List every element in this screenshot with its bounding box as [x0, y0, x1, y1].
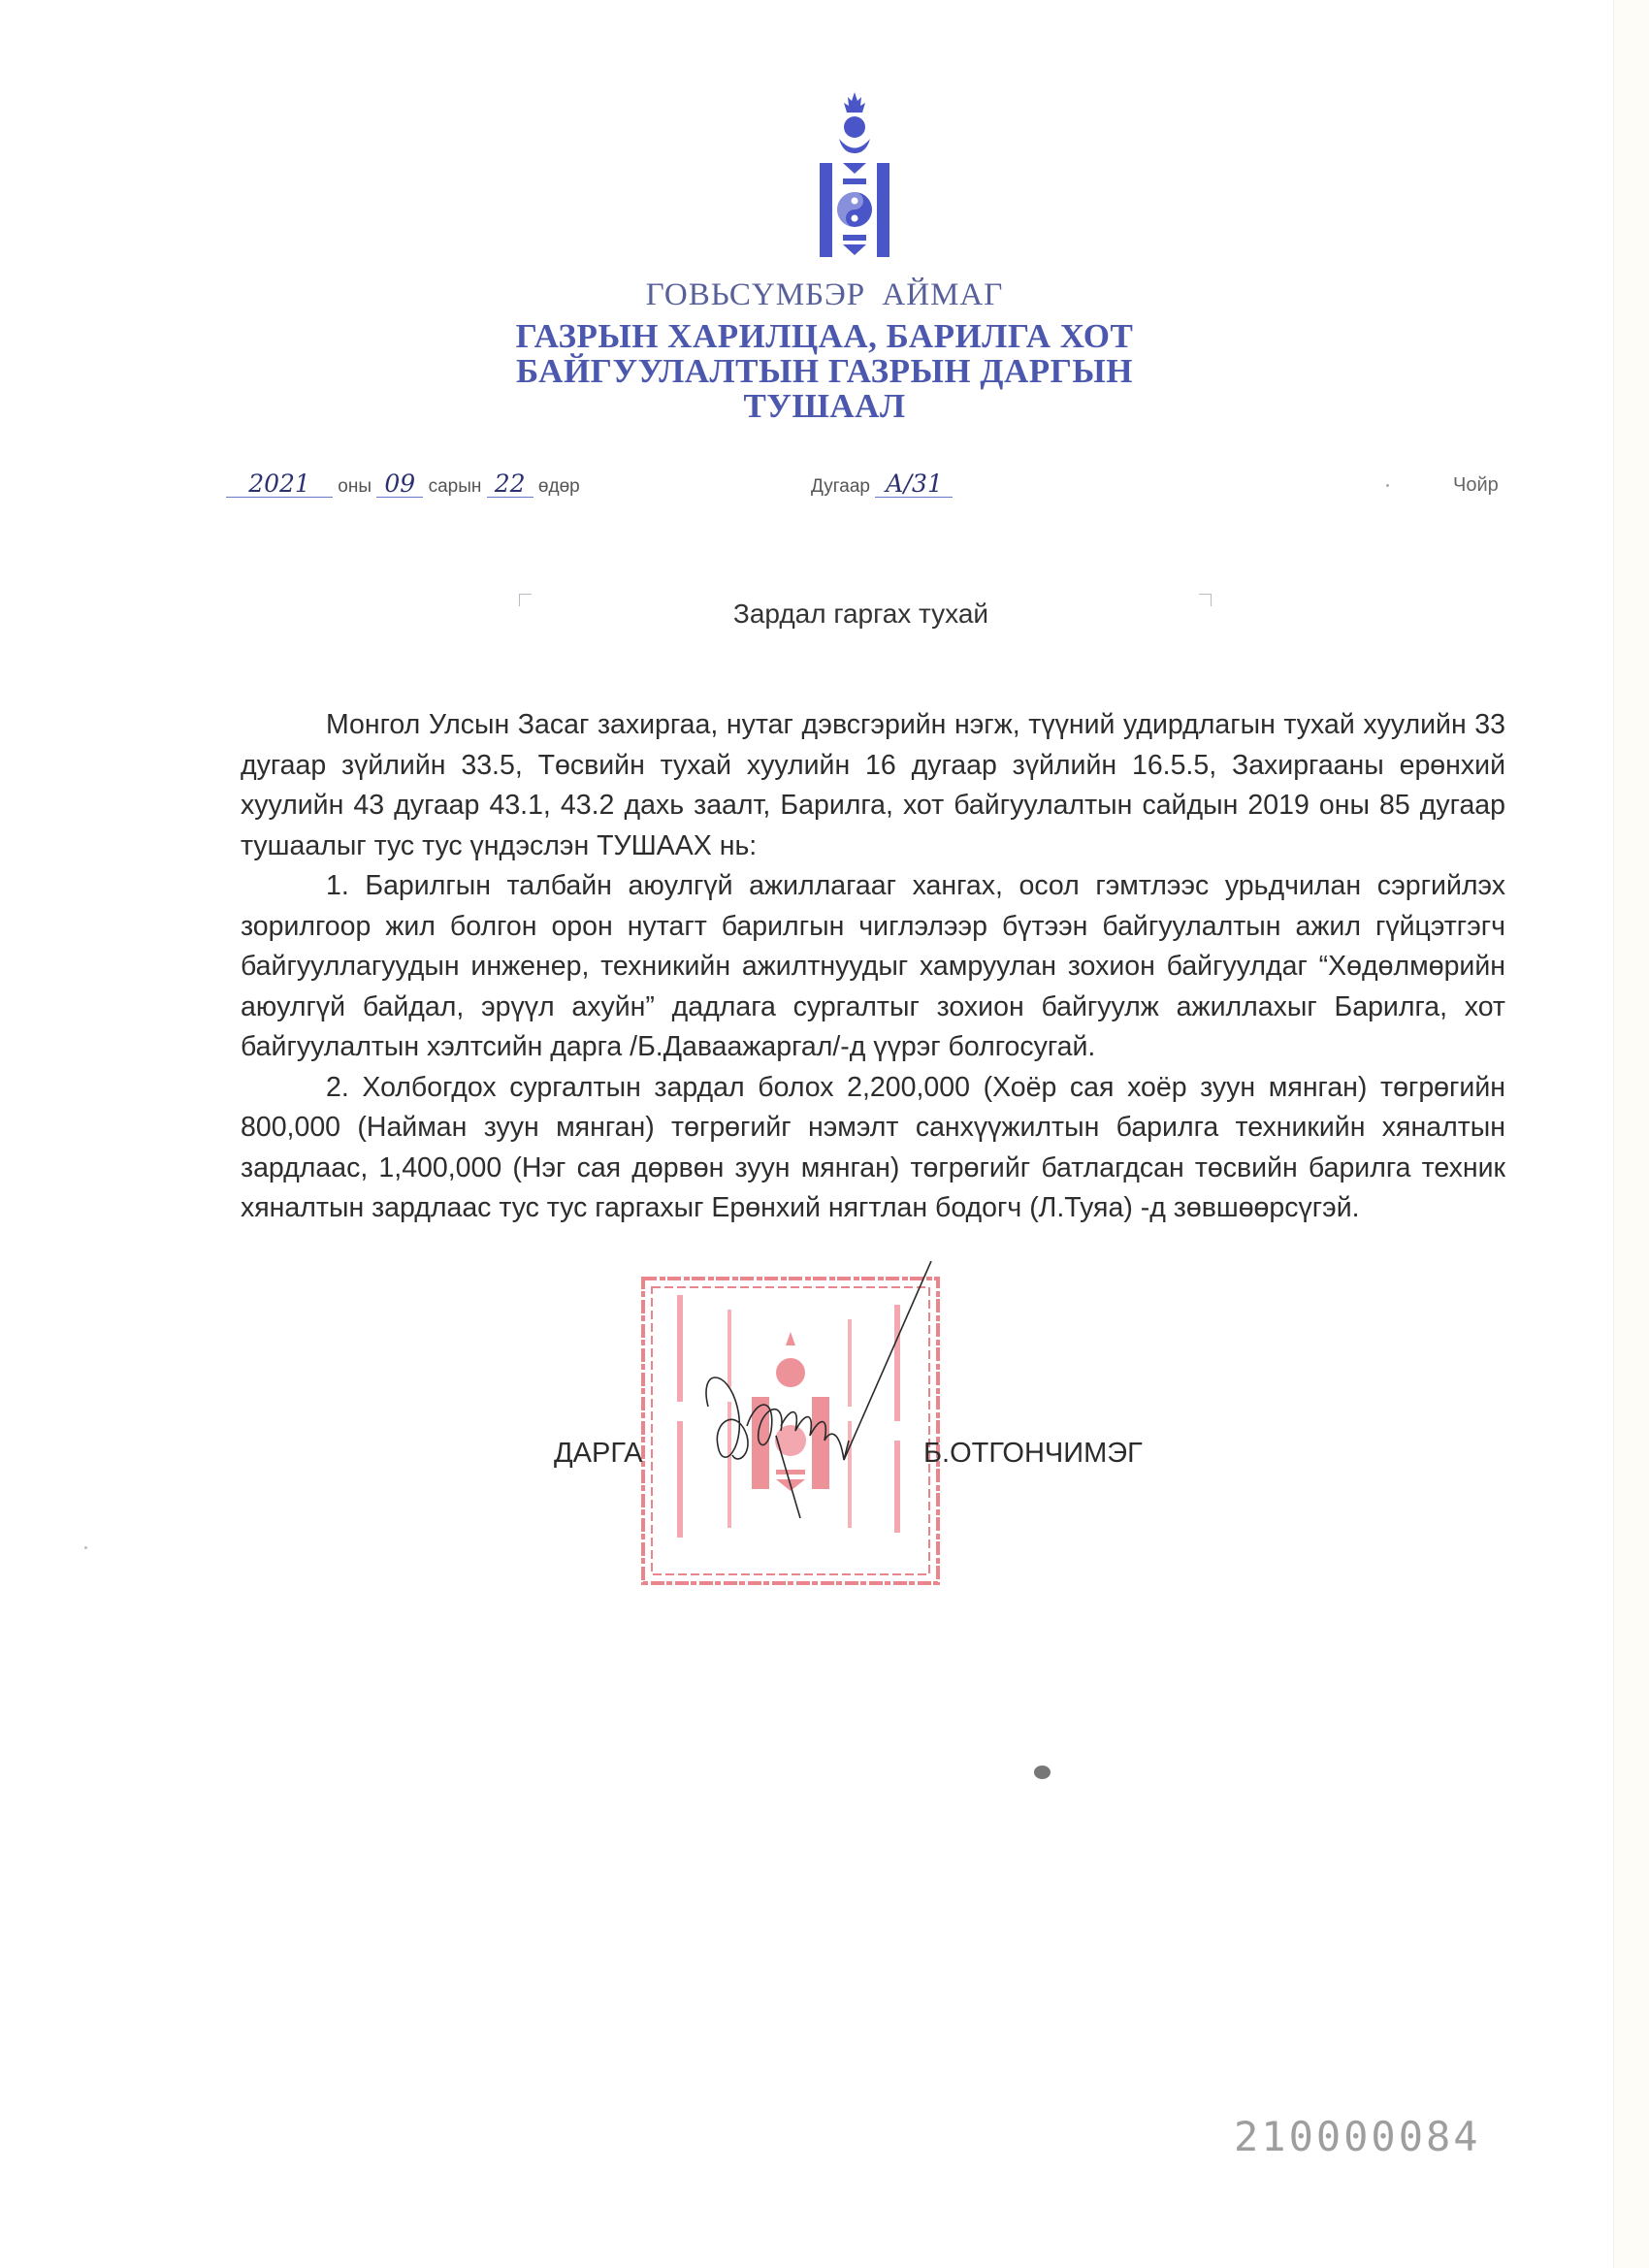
- date-month-suffix: сарын: [429, 476, 482, 497]
- handwritten-signature-icon: [669, 1261, 941, 1571]
- preamble-paragraph: Монгол Улсын Засаг захиргаа, нутаг дэвсг…: [241, 705, 1505, 866]
- document-type: ТУШААЛ: [0, 388, 1649, 425]
- date-year-suffix: оны: [338, 476, 372, 497]
- number-label: Дугаар: [811, 476, 870, 497]
- aimag-name: ГОВЬСҮМБЭР АЙМАГ: [0, 277, 1649, 313]
- soyombo-emblem-icon: [820, 89, 889, 259]
- place-name: Чойр: [1453, 474, 1499, 497]
- scan-speck: [1034, 1766, 1051, 1779]
- scan-speck: [84, 1546, 87, 1549]
- number-value: А/31: [875, 471, 953, 498]
- date-month: 09: [376, 471, 423, 498]
- document-subject: Зардал гаргах тухай: [0, 599, 1649, 630]
- order-item-1: 1. Барилгын талбайн аюулгүй ажиллагааг х…: [241, 866, 1505, 1068]
- order-item-2: 2. Холбогдох сургалтын зардал болох 2,20…: [241, 1068, 1505, 1229]
- org-name-line1: ГАЗРЫН ХАРИЛЦАА, БАРИЛГА ХОТ: [0, 318, 1649, 355]
- document-body: Монгол Улсын Засаг захиргаа, нутаг дэвсг…: [241, 705, 1505, 1229]
- serial-number: 210000084: [1234, 2113, 1481, 2160]
- document-number: Дугаар А/31: [811, 471, 953, 498]
- date-year: 2021: [226, 471, 333, 498]
- signatory-name: Б.ОТГОНЧИМЭГ: [923, 1438, 1143, 1470]
- scan-speck: [1386, 484, 1389, 487]
- date-day-suffix: өдөр: [538, 476, 580, 497]
- date-line: 2021 оны 09 сарын 22 өдөр: [226, 471, 580, 498]
- org-name-line2: БАЙГУУЛАЛТЫН ГАЗРЫН ДАРГЫН: [0, 353, 1649, 390]
- date-day: 22: [487, 471, 533, 498]
- signatory-title: ДАРГА: [554, 1438, 642, 1470]
